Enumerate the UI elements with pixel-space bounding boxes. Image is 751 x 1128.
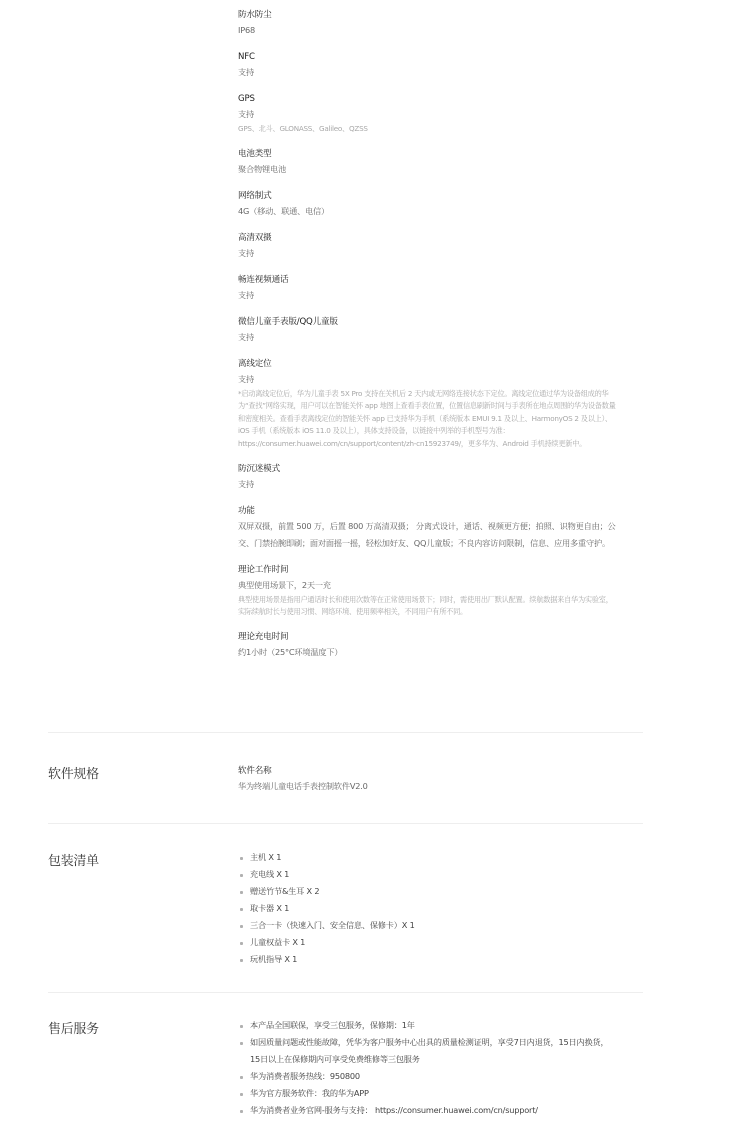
list-item-text: 本产品全国联保，享受三包服务，保修期：1年 — [250, 1020, 415, 1030]
bullet-icon — [240, 1042, 243, 1045]
spec-label: NFC — [238, 50, 618, 64]
spec-waterproof: 防水防尘 IP68 — [238, 8, 618, 39]
hardware-spec-list: 防水防尘 IP68 NFC 支持 GPS 支持 GPS、北斗、GLONASS、G… — [238, 8, 618, 672]
section-title-package: 包装清单 — [48, 850, 99, 869]
bullet-icon — [240, 891, 243, 894]
list-item: 华为消费者服务热线：950800 — [238, 1068, 618, 1085]
spec-value: 聚合物锂电池 — [238, 161, 618, 178]
spec-value: 支持 — [238, 287, 618, 304]
spec-label: 网络制式 — [238, 189, 618, 203]
spec-value: IP68 — [238, 22, 618, 39]
list-item-text: 华为官方服务软件：我的华为APP — [250, 1088, 369, 1098]
list-item-text: 充电线 X 1 — [250, 869, 289, 879]
spec-label: 电池类型 — [238, 147, 618, 161]
spec-value: 双屏双摄，前置 500 万，后置 800 万高清双摄； 分离式设计，通话、视频更… — [238, 518, 618, 552]
spec-value: 4G（移动、联通、电信） — [238, 203, 618, 220]
bullet-icon — [240, 857, 243, 860]
spec-label: 理论工作时间 — [238, 563, 618, 577]
list-item: 华为官方服务软件：我的华为APP — [238, 1085, 618, 1102]
after-sales-list: 本产品全国联保，享受三包服务，保修期：1年 如因质量问题或性能故障，凭华为客户服… — [238, 1017, 618, 1119]
spec-charging-time: 理论充电时间 约1小时（25°C环境温度下） — [238, 630, 618, 661]
section-title-software: 软件规格 — [48, 763, 99, 782]
spec-value: 支持 — [238, 245, 618, 262]
list-item: 本产品全国联保，享受三包服务，保修期：1年 — [238, 1017, 618, 1034]
list-item-text: 玩机指导 X 1 — [250, 954, 297, 964]
bullet-icon — [240, 1076, 243, 1079]
list-item[interactable]: 华为消费者业务官网-服务与支持： https://consumer.huawei… — [238, 1102, 618, 1119]
bullet-icon — [240, 908, 243, 911]
spec-value: 典型使用场景下，2天一充 — [238, 577, 618, 594]
support-link-text[interactable]: 华为消费者业务官网-服务与支持： https://consumer.huawei… — [250, 1105, 538, 1115]
list-item-text: 赠送竹节&生耳 X 2 — [250, 886, 319, 896]
list-item: 儿童权益卡 X 1 — [238, 934, 618, 951]
list-item: 取卡器 X 1 — [238, 900, 618, 917]
spec-label: 离线定位 — [238, 357, 618, 371]
spec-anti-addiction: 防沉迷模式 支持 — [238, 462, 618, 493]
spec-note: 典型使用场景是指用户通话时长和使用次数等在正常使用场景下；同时，需使用出厂默认配… — [238, 594, 618, 619]
spec-label: 高清双摄 — [238, 231, 618, 245]
spec-note: *启动离线定位后，华为儿童手表 5X Pro 支持在关机后 2 天内或无网络连接… — [238, 388, 618, 451]
spec-value: 支持 — [238, 371, 618, 388]
bullet-icon — [240, 1025, 243, 1028]
list-item-text: 如因质量问题或性能故障，凭华为客户服务中心出具的质量检测证明，享受7日内退货，1… — [250, 1037, 609, 1064]
spec-label: 理论充电时间 — [238, 630, 618, 644]
spec-label: 防沉迷模式 — [238, 462, 618, 476]
spec-value: 约1小时（25°C环境温度下） — [238, 644, 618, 661]
spec-label: 防水防尘 — [238, 8, 618, 22]
list-item-text: 三合一卡（快速入门、安全信息、保修卡）X 1 — [250, 920, 415, 930]
list-item: 三合一卡（快速入门、安全信息、保修卡）X 1 — [238, 917, 618, 934]
bullet-icon — [240, 874, 243, 877]
spec-dual-camera: 高清双摄 支持 — [238, 231, 618, 262]
spec-note: GPS、北斗、GLONASS、Galileo、QZSS — [238, 123, 618, 136]
spec-value: 支持 — [238, 329, 618, 346]
spec-label: 功能 — [238, 504, 618, 518]
spec-value: 支持 — [238, 64, 618, 81]
list-item-text: 华为消费者服务热线：950800 — [250, 1071, 360, 1081]
bullet-icon — [240, 959, 243, 962]
list-item: 如因质量问题或性能故障，凭华为客户服务中心出具的质量检测证明，享受7日内退货，1… — [238, 1034, 618, 1068]
section-title-after-sales: 售后服务 — [48, 1018, 99, 1037]
spec-wechat-qq: 微信儿童手表版/QQ儿童版 支持 — [238, 315, 618, 346]
spec-features: 功能 双屏双摄，前置 500 万，后置 800 万高清双摄； 分离式设计，通话、… — [238, 504, 618, 552]
spec-battery-type: 电池类型 聚合物锂电池 — [238, 147, 618, 178]
spec-network: 网络制式 4G（移动、联通、电信） — [238, 189, 618, 220]
spec-offline-location: 离线定位 支持 *启动离线定位后，华为儿童手表 5X Pro 支持在关机后 2 … — [238, 357, 618, 451]
spec-gps: GPS 支持 GPS、北斗、GLONASS、Galileo、QZSS — [238, 92, 618, 136]
bullet-icon — [240, 1093, 243, 1096]
spec-label: 软件名称 — [238, 764, 618, 778]
section-divider — [48, 732, 643, 733]
spec-working-time: 理论工作时间 典型使用场景下，2天一充 典型使用场景是指用户通话时长和使用次数等… — [238, 563, 618, 619]
spec-nfc: NFC 支持 — [238, 50, 618, 81]
list-item: 充电线 X 1 — [238, 866, 618, 883]
software-spec: 软件名称 华为终端儿童电话手表控制软件V2.0 — [238, 764, 618, 795]
list-item: 玩机指导 X 1 — [238, 951, 618, 968]
list-item-text: 取卡器 X 1 — [250, 903, 289, 913]
package-list: 主机 X 1 充电线 X 1 赠送竹节&生耳 X 2 取卡器 X 1 三合一卡（… — [238, 849, 618, 968]
spec-value: 支持 — [238, 476, 618, 493]
spec-label: 微信儿童手表版/QQ儿童版 — [238, 315, 618, 329]
bullet-icon — [240, 925, 243, 928]
list-item: 赠送竹节&生耳 X 2 — [238, 883, 618, 900]
list-item-text: 主机 X 1 — [250, 852, 281, 862]
spec-value: 华为终端儿童电话手表控制软件V2.0 — [238, 778, 618, 795]
spec-label: GPS — [238, 92, 618, 106]
section-divider — [48, 823, 643, 824]
list-item-text: 儿童权益卡 X 1 — [250, 937, 305, 947]
spec-value: 支持 — [238, 106, 618, 123]
bullet-icon — [240, 942, 243, 945]
spec-label: 畅连视频通话 — [238, 273, 618, 287]
bullet-icon — [240, 1110, 243, 1113]
spec-video-call: 畅连视频通话 支持 — [238, 273, 618, 304]
section-divider — [48, 992, 643, 993]
list-item: 主机 X 1 — [238, 849, 618, 866]
